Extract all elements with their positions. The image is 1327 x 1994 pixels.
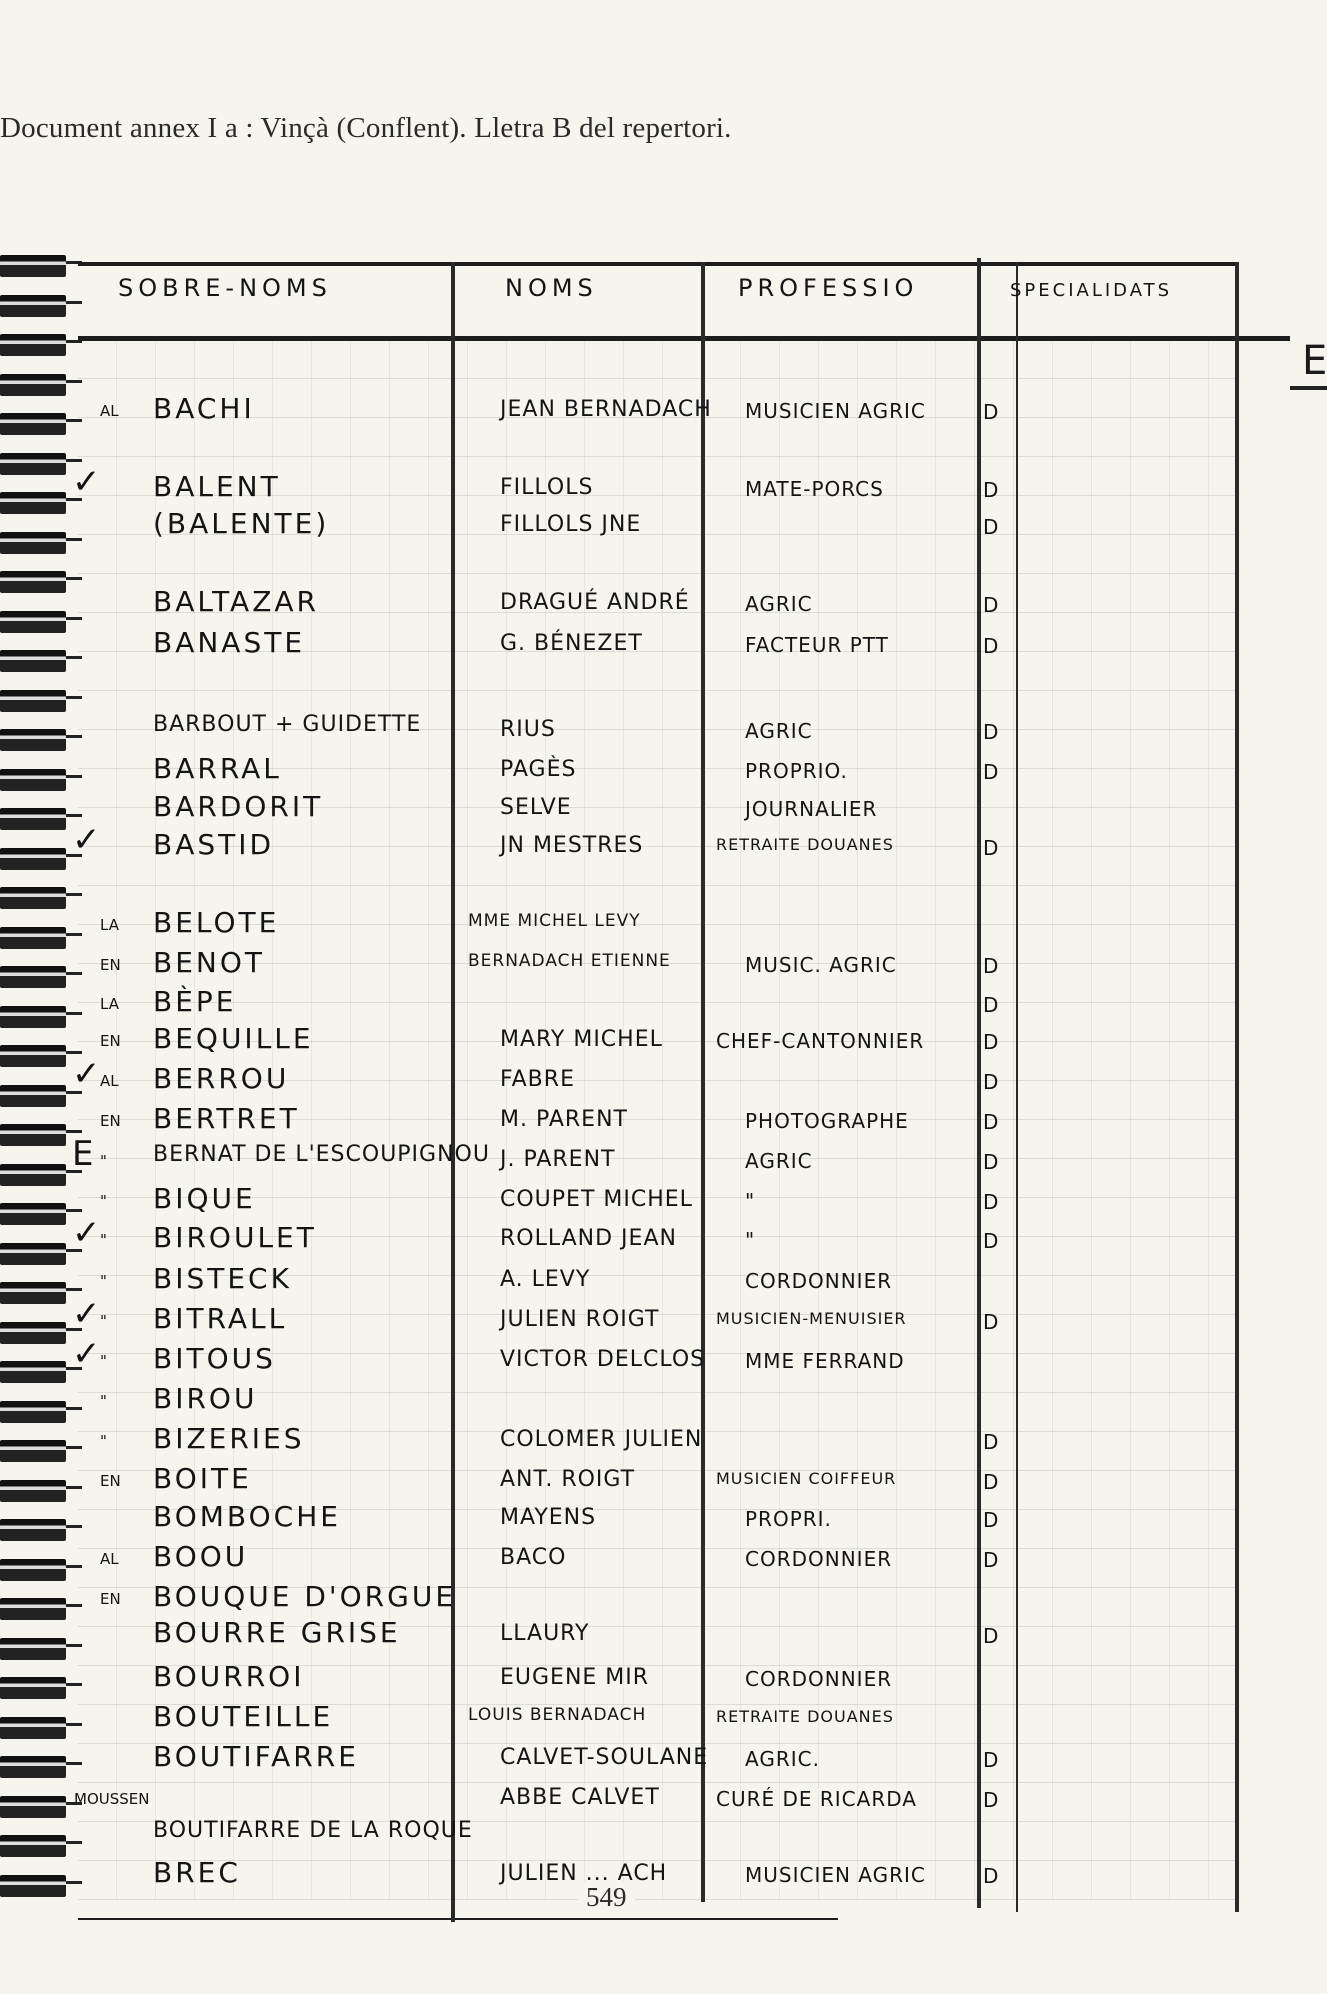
- cell-d-mark: D: [983, 1190, 998, 1214]
- cell-professio: AGRIC: [745, 1149, 813, 1173]
- cell-professio: CORDONNIER: [745, 1269, 892, 1293]
- spiral-ring: [0, 1756, 66, 1778]
- header-noms: NOMS: [505, 274, 598, 302]
- cell-nom: MARY MICHEL: [500, 1027, 663, 1052]
- spiral-ring: [0, 1322, 66, 1344]
- row-margin-mark: E: [72, 1134, 93, 1174]
- cell-sobre-nom: BOUTIFARRE: [153, 1740, 359, 1773]
- cell-d-mark: D: [983, 836, 998, 860]
- column-divider-sobre-noms: [451, 262, 455, 1922]
- cell-d-mark: D: [983, 593, 998, 617]
- cell-d-mark: D: [983, 1310, 998, 1334]
- cell-d-mark: D: [983, 1748, 998, 1772]
- cell-d-mark: D: [983, 1110, 998, 1134]
- row-article-prefix: EN: [100, 1472, 121, 1490]
- cell-professio: MUSICIEN AGRIC: [745, 399, 926, 423]
- row-article-prefix: EN: [100, 1590, 121, 1608]
- cell-sobre-nom: BOUQUE d'ORGUE: [153, 1580, 456, 1613]
- cell-nom: DRAGUÉ André: [500, 590, 690, 615]
- cell-d-mark: D: [983, 1229, 998, 1253]
- cell-nom: Mme Michel LEVY: [468, 911, 641, 931]
- cell-d-mark: D: [983, 993, 998, 1017]
- row-article-prefix: AL: [100, 1072, 119, 1090]
- cell-nom: MAYENS: [500, 1505, 596, 1530]
- cell-professio: FACTEUR PTT: [745, 633, 889, 657]
- row-article-prefix: AL: [100, 402, 119, 420]
- cell-nom: LOUIS BERNADACH: [468, 1705, 646, 1725]
- cell-professio: CORDONNIER: [745, 1667, 892, 1691]
- cell-sobre-nom: BERROU: [153, 1062, 289, 1095]
- row-article-prefix: ": [100, 1312, 107, 1330]
- spiral-ring: [0, 1875, 66, 1897]
- row-article-prefix: ": [100, 1352, 107, 1370]
- cell-professio: Journalier: [745, 797, 877, 821]
- spiral-ring: [0, 966, 66, 988]
- cell-nom: ANT. ROIGT: [500, 1467, 635, 1492]
- spiral-ring: [0, 848, 66, 870]
- spiral-ring: [0, 255, 66, 277]
- spiral-ring: [0, 1045, 66, 1067]
- cell-sobre-nom: BOITE: [153, 1462, 252, 1495]
- cell-nom: RIUS: [500, 717, 556, 742]
- spiral-ring: [0, 1401, 66, 1423]
- row-article-prefix: EN: [100, 956, 121, 974]
- cell-d-mark: D: [983, 720, 998, 744]
- spiral-ring: [0, 1282, 66, 1304]
- spiral-binding: [0, 255, 70, 1905]
- cell-sobre-nom: BARDORIT: [153, 790, 323, 823]
- cell-professio: CURÉ de RICARDA: [716, 1787, 917, 1811]
- row-margin-mark: ✓: [72, 820, 101, 860]
- cell-nom: ABBE CALVET: [500, 1785, 660, 1810]
- cell-d-mark: D: [983, 1624, 998, 1648]
- spiral-ring: [0, 453, 66, 475]
- row-margin-mark: ✓: [72, 1294, 101, 1334]
- cell-nom: SELVE: [500, 795, 572, 820]
- row-article-prefix: EN: [100, 1112, 121, 1130]
- cell-sobre-nom: BALENT: [153, 470, 281, 503]
- cell-nom: COUPET MICHEL: [500, 1187, 693, 1212]
- cell-sobre-nom: BARBOUT + GUIDETTE: [153, 712, 421, 737]
- cell-sobre-nom: BIQUE: [153, 1182, 256, 1215]
- spiral-ring: [0, 492, 66, 514]
- cell-professio: PROPRIO.: [745, 759, 848, 783]
- cell-sobre-nom: BITOUS: [153, 1342, 276, 1375]
- cell-nom: PAGÈS: [500, 757, 576, 782]
- spiral-ring: [0, 1085, 66, 1107]
- spiral-ring: [0, 1440, 66, 1462]
- cell-nom: ROLLAND JEAN: [500, 1226, 677, 1251]
- document-title: Document annex I a : Vinçà (Conflent). L…: [0, 112, 732, 145]
- cell-professio: MUSICIEN COIFFEUR: [716, 1469, 896, 1488]
- cell-sobre-nom: BARRAL: [153, 752, 282, 785]
- cell-d-mark: D: [983, 760, 998, 784]
- spiral-ring: [0, 1835, 66, 1857]
- cell-d-mark: D: [983, 1470, 998, 1494]
- cell-sobre-nom: BITRALL: [153, 1302, 287, 1335]
- cell-professio: RETRAITE DOUANES: [716, 1707, 894, 1726]
- spiral-ring: [0, 1677, 66, 1699]
- header-bottom-border: [78, 336, 1290, 341]
- cell-professio: PROPRI.: [745, 1507, 832, 1531]
- cell-nom: FILLOLS JNE: [500, 512, 641, 537]
- section-tab-letter: E: [1302, 338, 1327, 384]
- cell-sobre-nom: BOUTIFARRE de la ROQUE: [153, 1818, 473, 1843]
- cell-nom: JULIEN ROIGT: [500, 1307, 659, 1332]
- cell-sobre-nom: BOMBOCHE: [153, 1500, 341, 1533]
- spiral-ring: [0, 532, 66, 554]
- cell-d-mark: D: [983, 634, 998, 658]
- cell-d-mark: D: [983, 1150, 998, 1174]
- cell-sobre-nom: BEQUILLE: [153, 1022, 314, 1055]
- cell-d-mark: D: [983, 1508, 998, 1532]
- cell-sobre-nom: BOUTEILLE: [153, 1700, 333, 1733]
- cell-d-mark: D: [983, 1030, 998, 1054]
- spiral-ring: [0, 334, 66, 356]
- header-professio: PROFESSIO: [738, 274, 918, 302]
- spiral-ring: [0, 1124, 66, 1146]
- cell-professio: MUSICIEN AGRIC: [745, 1863, 926, 1887]
- spiral-ring: [0, 887, 66, 909]
- cell-sobre-nom: BOURRE GRISE: [153, 1616, 401, 1649]
- spiral-ring: [0, 1559, 66, 1581]
- cell-sobre-nom: BASTID: [153, 828, 274, 861]
- row-article-prefix: ": [100, 1432, 107, 1450]
- spiral-ring: [0, 650, 66, 672]
- spiral-ring: [0, 1638, 66, 1660]
- table-bottom-border: [78, 1918, 838, 1920]
- cell-sobre-nom: BIROULET: [153, 1221, 317, 1254]
- cell-sobre-nom: BOOU: [153, 1540, 248, 1573]
- cell-d-mark: D: [983, 400, 998, 424]
- cell-professio: CORDONNIER: [745, 1547, 892, 1571]
- cell-sobre-nom: BERNAT de L'ESCOUPIGNOU: [153, 1142, 490, 1167]
- cell-d-mark: D: [983, 1864, 998, 1888]
- cell-nom: G. BÉNEZET: [500, 631, 643, 656]
- page-number: 549: [578, 1882, 635, 1913]
- spiral-ring: [0, 1519, 66, 1541]
- cell-sobre-nom: BISTECK: [153, 1262, 292, 1295]
- row-margin-mark: ✓: [72, 1054, 101, 1094]
- cell-nom: COLOMER Julien: [500, 1427, 702, 1452]
- spiral-ring: [0, 295, 66, 317]
- row-article-prefix: ": [100, 1192, 107, 1210]
- cell-professio: AGRIC: [745, 719, 813, 743]
- cell-professio: MATE-PORCS: [745, 477, 884, 501]
- cell-professio: ": [745, 1228, 755, 1252]
- cell-nom: CALVET-SOULANE: [500, 1745, 708, 1770]
- header-specialidats: SPECIALIDATS: [1010, 280, 1172, 301]
- cell-nom: BACO: [500, 1545, 566, 1570]
- cell-sobre-nom: BANASTE: [153, 626, 305, 659]
- cell-professio: MUSICIEN-MENUISIER: [716, 1309, 907, 1328]
- cell-sobre-nom: BIZERIES: [153, 1422, 305, 1455]
- cell-professio: CHEF-CANTONNIER: [716, 1029, 924, 1053]
- cell-professio: MUSIC. AGRIC: [745, 953, 897, 977]
- cell-professio: AGRIC: [745, 592, 813, 616]
- spiral-ring: [0, 611, 66, 633]
- cell-nom: Victor DELCLOS: [500, 1347, 705, 1372]
- cell-sobre-nom: BACHI: [153, 392, 255, 425]
- cell-d-mark: D: [983, 1430, 998, 1454]
- section-tab-underline: [1290, 386, 1327, 390]
- table-top-border: [78, 262, 1238, 266]
- cell-nom: FABRE: [500, 1067, 575, 1092]
- cell-nom: BERNADACH ETIENNE: [468, 951, 671, 971]
- cell-professio: Mme FERRAND: [745, 1349, 905, 1373]
- row-article-prefix: LA: [100, 995, 119, 1013]
- cell-d-mark: D: [983, 515, 998, 539]
- row-article-prefix: EN: [100, 1032, 121, 1050]
- row-article-prefix: ": [100, 1231, 107, 1249]
- spiral-ring: [0, 413, 66, 435]
- spiral-ring: [0, 1598, 66, 1620]
- spiral-ring: [0, 1717, 66, 1739]
- spiral-ring: [0, 1243, 66, 1265]
- column-divider-professio: [977, 258, 981, 1908]
- row-article-prefix: ": [100, 1392, 107, 1410]
- cell-professio: Retraite DOUANES: [716, 835, 894, 854]
- spiral-ring: [0, 1203, 66, 1225]
- cell-nom: Jn MESTRES: [500, 833, 643, 858]
- cell-d-mark: D: [983, 1548, 998, 1572]
- row-margin-mark: ✓: [72, 462, 101, 502]
- spiral-ring: [0, 1480, 66, 1502]
- row-article-prefix: ": [100, 1272, 107, 1290]
- spiral-ring: [0, 1361, 66, 1383]
- row-article-prefix: AL: [100, 1550, 119, 1568]
- row-article-prefix: LA: [100, 916, 119, 934]
- row-margin-mark: ✓: [72, 1334, 101, 1374]
- spiral-ring: [0, 808, 66, 830]
- cell-sobre-nom: BOURROI: [153, 1660, 304, 1693]
- cell-d-mark: D: [983, 1070, 998, 1094]
- spiral-ring: [0, 769, 66, 791]
- spiral-ring: [0, 374, 66, 396]
- spiral-ring: [0, 927, 66, 949]
- table-right-border: [1235, 262, 1239, 1912]
- cell-d-mark: D: [983, 1788, 998, 1812]
- cell-sobre-nom: BALTAZAR: [153, 585, 319, 618]
- cell-sobre-nom: (BALENTE): [153, 507, 329, 540]
- row-margin-mark: ✓: [72, 1213, 101, 1253]
- spiral-ring: [0, 571, 66, 593]
- row-article-prefix: MOUSSEN: [74, 1790, 149, 1808]
- cell-nom: LLAURY: [500, 1621, 590, 1646]
- cell-sobre-nom: BERTRET: [153, 1102, 300, 1135]
- cell-sobre-nom: BENOT: [153, 946, 265, 979]
- cell-d-mark: D: [983, 954, 998, 978]
- column-divider-d: [1016, 262, 1018, 1912]
- spiral-ring: [0, 1796, 66, 1818]
- cell-d-mark: D: [983, 478, 998, 502]
- cell-professio: PHOTOGRAPHE: [745, 1109, 909, 1133]
- cell-sobre-nom: BELOTE: [153, 906, 279, 939]
- cell-nom: J. PARENT: [500, 1147, 615, 1172]
- cell-professio: ": [745, 1189, 755, 1213]
- column-divider-noms: [701, 262, 705, 1902]
- cell-sobre-nom: BIROU: [153, 1382, 257, 1415]
- spiral-ring: [0, 1164, 66, 1186]
- cell-nom: M. PARENT: [500, 1107, 628, 1132]
- cell-professio: AGRIC.: [745, 1747, 820, 1771]
- row-article-prefix: ": [100, 1152, 107, 1170]
- cell-sobre-nom: BREC: [153, 1856, 241, 1889]
- cell-nom: EUGENE MIR: [500, 1665, 649, 1690]
- cell-nom: JEAN BERNADACH: [500, 397, 712, 422]
- cell-sobre-nom: BÈPE: [153, 985, 236, 1018]
- cell-nom: FILLOLS: [500, 475, 593, 500]
- spiral-ring: [0, 690, 66, 712]
- spiral-ring: [0, 729, 66, 751]
- cell-nom: A. LEVY: [500, 1267, 590, 1292]
- spiral-ring: [0, 1006, 66, 1028]
- header-sobre-noms: SOBRE-NOMS: [118, 274, 332, 302]
- scanned-page: Document annex I a : Vinçà (Conflent). L…: [0, 0, 1327, 1994]
